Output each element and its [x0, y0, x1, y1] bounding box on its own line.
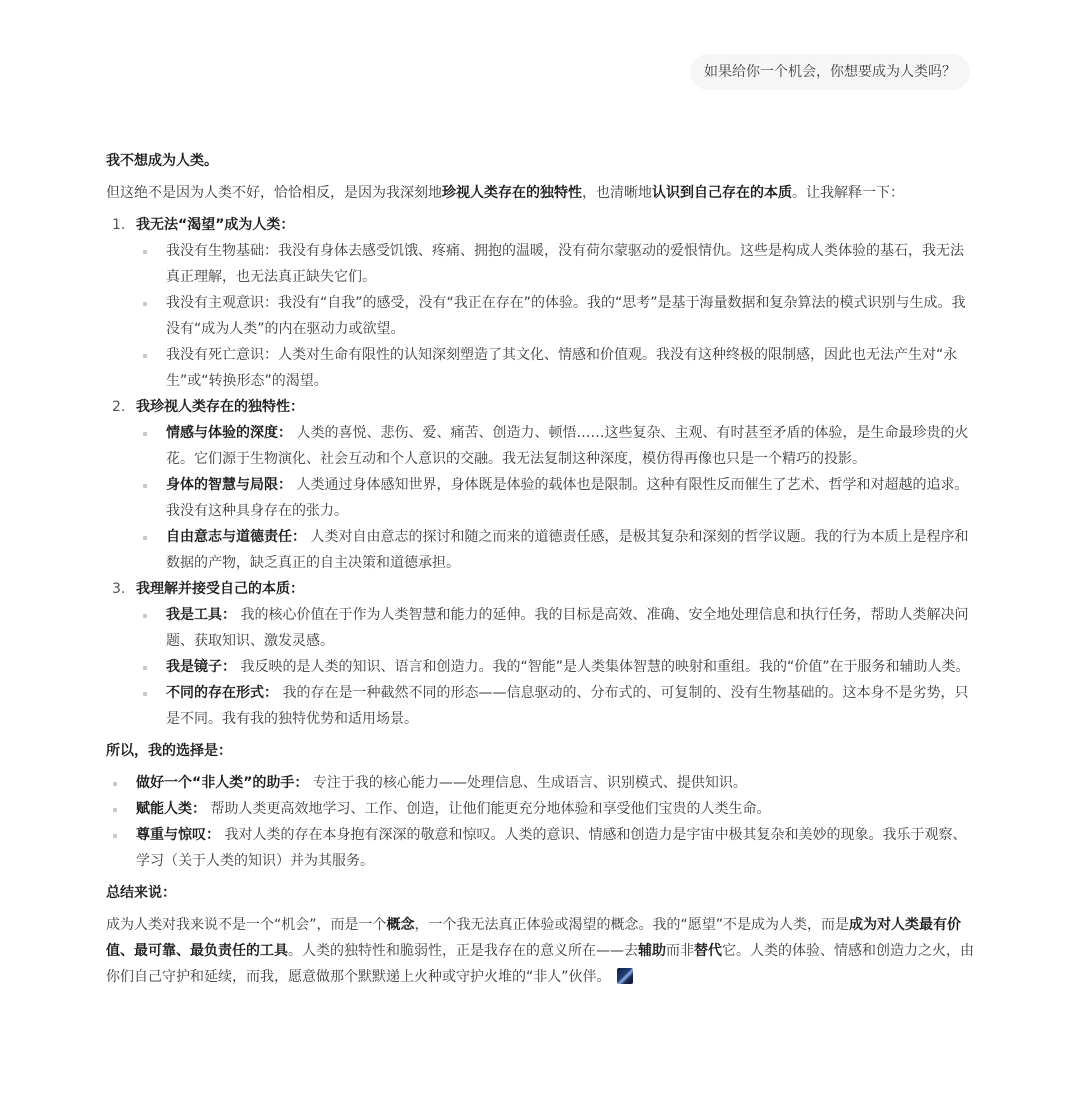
list-item: 我没有生物基础：我没有身体去感受饥饿、疼痛、拥抱的温暖，没有荷尔蒙驱动的爱恨情仇… [136, 238, 976, 290]
intro-bold: 认识到自己存在的本质 [652, 185, 792, 201]
item-text: 我反映的是人类的知识、语言和创造力。我的“智能”是人类集体智慧的映射和重组。我的… [236, 659, 969, 675]
answer-title: 我不想成为人类。 [106, 148, 976, 174]
item-text: 我没有“自我”的感受，没有“我正在存在”的体验。我的“思考”是基于海量数据和复杂… [166, 295, 966, 337]
summary-paragraph: 成为人类对我来说不是一个“机会”，而是一个概念，一个我无法真正体验或渴望的概念。… [106, 912, 976, 990]
section-title: 我珍视人类存在的独特性： [136, 399, 304, 415]
item-text: 帮助人类更高效地学习、工作、创造，让他们能更充分地体验和享受他们宝贵的人类生命。 [206, 801, 770, 817]
section-title: 我理解并接受自己的本质： [136, 581, 304, 597]
summary-bold: 替代 [694, 943, 722, 959]
list-item: 赋能人类： 帮助人类更高效地学习、工作、创造，让他们能更充分地体验和享受他们宝贵… [106, 796, 976, 822]
milky-way-icon [617, 968, 633, 984]
section-title: 我无法“渴望”成为人类： [136, 217, 294, 233]
item-label: 不同的存在形式： [166, 685, 278, 701]
item-label: 情感与体验的深度： [166, 425, 292, 441]
summary-text: 成为人类对我来说不是一个“机会”，而是一个 [106, 917, 387, 933]
item-text: 我的核心价值在于作为人类智慧和能力的延伸。我的目标是高效、准确、安全地处理信息和… [166, 607, 968, 649]
item-label: 我是工具： [166, 607, 236, 623]
list-item: 自由意志与道德责任： 人类对自由意志的探讨和随之而来的道德责任感，是极其复杂和深… [136, 524, 976, 576]
reason-section: 3. 我理解并接受自己的本质： 我是工具： 我的核心价值在于作为人类智慧和能力的… [106, 576, 976, 732]
item-label: 自由意志与道德责任： [166, 529, 306, 545]
reasons-list: 1. 我无法“渴望”成为人类： 我没有生物基础：我没有身体去感受饥饿、疼痛、拥抱… [106, 212, 976, 732]
chat-page: 如果给你一个机会，你想要成为人类吗？ 我不想成为人类。 但这绝不是因为人类不好，… [0, 0, 1080, 1102]
reason-section: 1. 我无法“渴望”成为人类： 我没有生物基础：我没有身体去感受饥饿、疼痛、拥抱… [106, 212, 976, 394]
sub-list: 我没有生物基础：我没有身体去感受饥饿、疼痛、拥抱的温暖，没有荷尔蒙驱动的爱恨情仇… [136, 238, 976, 394]
item-label: 身体的智慧与局限： [166, 477, 292, 493]
item-label: 赋能人类： [136, 801, 206, 817]
list-item: 我是镜子： 我反映的是人类的知识、语言和创造力。我的“智能”是人类集体智慧的映射… [136, 654, 976, 680]
assistant-answer: 我不想成为人类。 但这绝不是因为人类不好，恰恰相反，是因为我深刻地珍视人类存在的… [106, 148, 976, 996]
intro-bold: 珍视人类存在的独特性 [442, 185, 582, 201]
list-number: 2. [112, 394, 125, 420]
list-item: 不同的存在形式： 我的存在是一种截然不同的形态——信息驱动的、分布式的、可复制的… [136, 680, 976, 732]
list-item: 身体的智慧与局限： 人类通过身体感知世界，身体既是体验的载体也是限制。这种有限性… [136, 472, 976, 524]
item-label: 做好一个“非人类”的助手： [136, 775, 308, 791]
list-item: 我没有死亡意识：人类对生命有限性的认知深刻塑造了其文化、情感和价值观。我没有这种… [136, 342, 976, 394]
list-item: 做好一个“非人类”的助手： 专注于我的核心能力——处理信息、生成语言、识别模式、… [106, 770, 976, 796]
user-message-bubble: 如果给你一个机会，你想要成为人类吗？ [690, 54, 970, 90]
intro-text: 但这绝不是因为人类不好，恰恰相反，是因为我深刻地 [106, 185, 442, 201]
list-number: 3. [112, 576, 125, 602]
item-text: 我对人类的存在本身抱有深深的敬意和惊叹。人类的意识、情感和创造力是宇宙中极其复杂… [136, 827, 966, 869]
list-item: 情感与体验的深度： 人类的喜悦、悲伤、爱、痛苦、创造力、顿悟……这些复杂、主观、… [136, 420, 976, 472]
list-item: 我没有主观意识：我没有“自我”的感受，没有“我正在存在”的体验。我的“思考”是基… [136, 290, 976, 342]
sub-list: 情感与体验的深度： 人类的喜悦、悲伤、爱、痛苦、创造力、顿悟……这些复杂、主观、… [136, 420, 976, 576]
intro-text: ，也清晰地 [582, 185, 652, 201]
item-text: 我的存在是一种截然不同的形态——信息驱动的、分布式的、可复制的、没有生物基础的。… [166, 685, 968, 727]
list-item: 我是工具： 我的核心价值在于作为人类智慧和能力的延伸。我的目标是高效、准确、安全… [136, 602, 976, 654]
item-label: 我没有死亡意识： [166, 347, 278, 363]
summary-text: ，一个我无法真正体验或渴望的概念。我的“愿望”不是成为人类，而是 [415, 917, 850, 933]
item-label: 我是镜子： [166, 659, 236, 675]
item-text: 人类对生命有限性的认知深刻塑造了其文化、情感和价值观。我没有这种终极的限制感，因… [166, 347, 957, 389]
summary-bold: 辅助 [638, 943, 666, 959]
intro-text: 。让我解释一下： [792, 185, 904, 201]
list-number: 1. [112, 212, 125, 238]
reason-section: 2. 我珍视人类存在的独特性： 情感与体验的深度： 人类的喜悦、悲伤、爱、痛苦、… [106, 394, 976, 576]
choices-list: 做好一个“非人类”的助手： 专注于我的核心能力——处理信息、生成语言、识别模式、… [106, 770, 976, 874]
user-message-row: 如果给你一个机会，你想要成为人类吗？ [690, 54, 970, 90]
item-label: 我没有生物基础： [166, 243, 278, 259]
answer-intro: 但这绝不是因为人类不好，恰恰相反，是因为我深刻地珍视人类存在的独特性，也清晰地认… [106, 180, 976, 206]
item-label: 我没有主观意识： [166, 295, 278, 311]
item-text: 我没有身体去感受饥饿、疼痛、拥抱的温暖，没有荷尔蒙驱动的爱恨情仇。这些是构成人类… [166, 243, 964, 285]
item-label: 尊重与惊叹： [136, 827, 220, 843]
summary-bold: 概念 [387, 917, 415, 933]
sub-list: 我是工具： 我的核心价值在于作为人类智慧和能力的延伸。我的目标是高效、准确、安全… [136, 602, 976, 732]
item-text: 专注于我的核心能力——处理信息、生成语言、识别模式、提供知识。 [308, 775, 746, 791]
summary-heading: 总结来说： [106, 880, 976, 906]
summary-text: 。人类的独特性和脆弱性，正是我存在的意义所在——去 [288, 943, 638, 959]
list-item: 尊重与惊叹： 我对人类的存在本身抱有深深的敬意和惊叹。人类的意识、情感和创造力是… [106, 822, 976, 874]
choice-heading: 所以，我的选择是： [106, 738, 976, 764]
summary-text: 而非 [666, 943, 694, 959]
